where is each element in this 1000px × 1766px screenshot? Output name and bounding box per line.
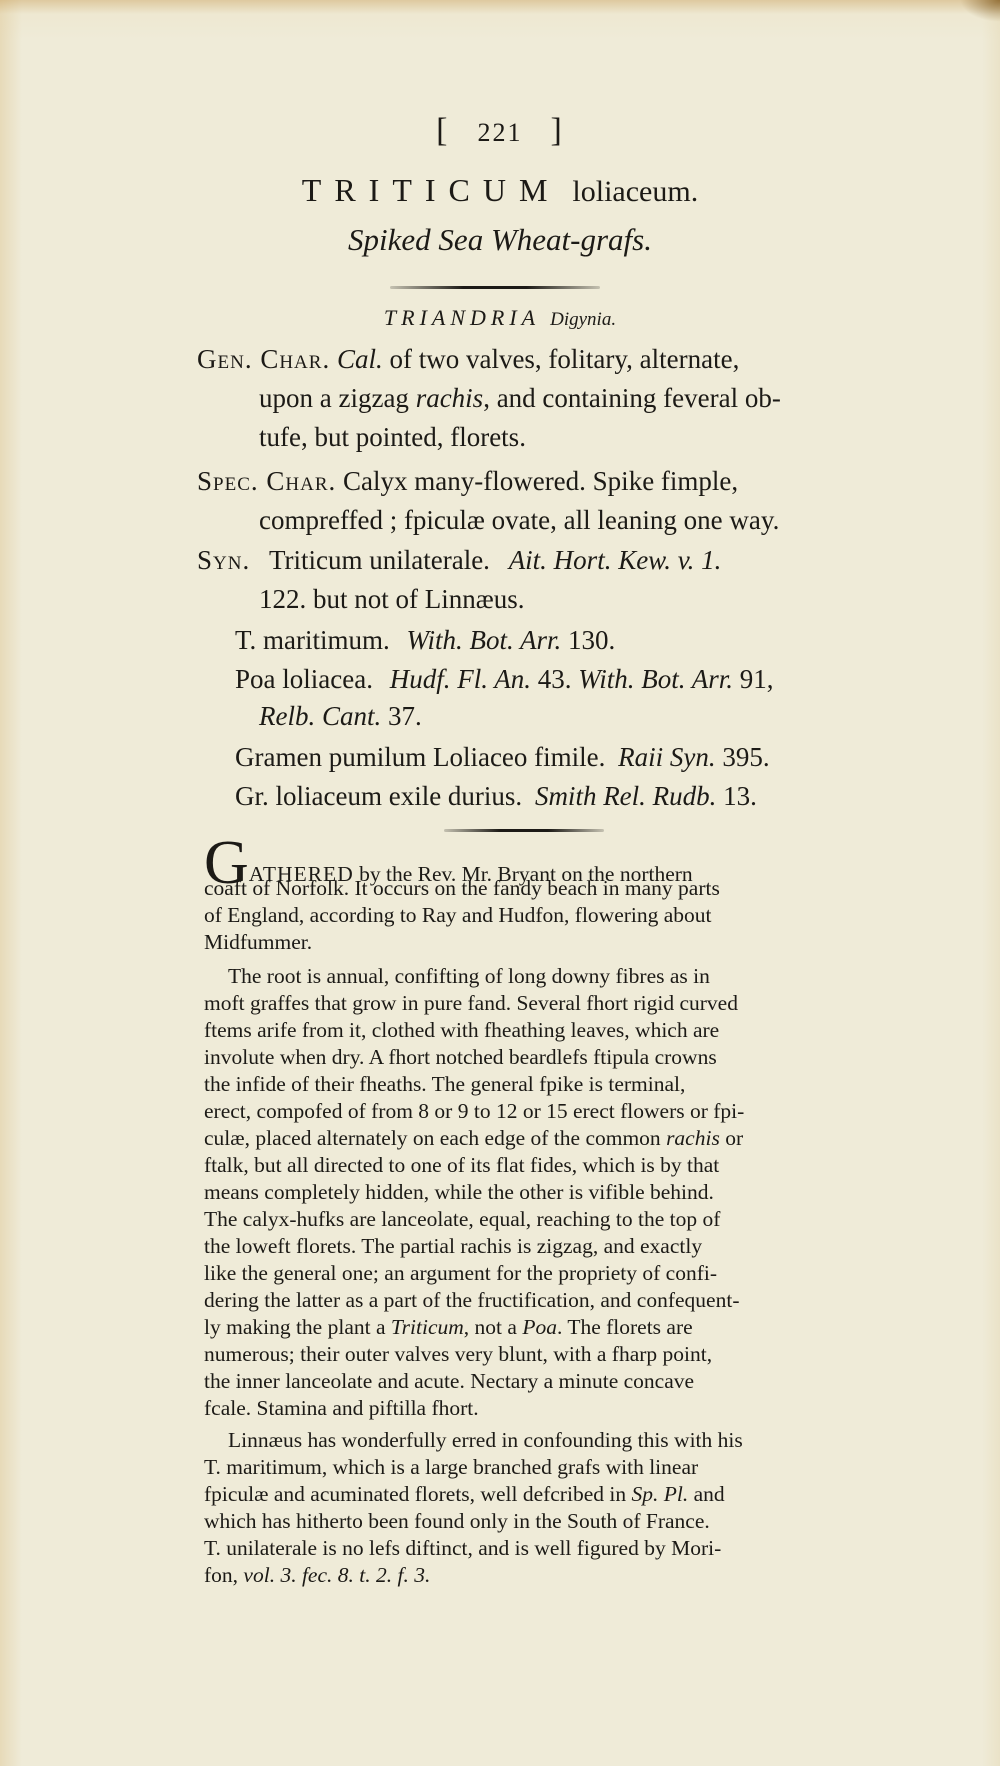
line-text: fpiculæ and acuminated florets, well def… [204, 1482, 631, 1506]
synonym-reference: Raii Syn. [618, 742, 715, 772]
common-name: Spiked Sea Wheat-grafs. [0, 222, 1000, 258]
line-text: or [720, 1126, 743, 1150]
description-line: involute when dry. A fhort notched beard… [204, 1044, 717, 1070]
gen-char-text: upon a zigzag [259, 383, 416, 413]
line-text: culæ, placed alternately on each edge of… [204, 1126, 666, 1150]
species-title: TRITICUM loliaceum. [0, 172, 1000, 209]
page-number: [221] [0, 112, 1000, 150]
italic-term: rachis [666, 1126, 720, 1150]
gen-char-line-3: tufe, but pointed, florets. [259, 418, 526, 457]
synonym-1-cont: 122. but not of Linnæus. [259, 580, 525, 619]
bracket-open: [ [436, 112, 449, 149]
gen-char-italic: Cal. [337, 344, 383, 374]
description-line: of England, according to Ray and Hudfon,… [204, 902, 712, 928]
description-line: moft graffes that grow in pure fand. Sev… [204, 990, 738, 1016]
spec-char-line-2: compreffed ; fpiculæ ovate, all leaning … [259, 501, 779, 540]
synonym-page: 395. [722, 742, 769, 772]
synonym-page: 43. [538, 664, 572, 694]
synonym-name: Gr. loliaceum exile durius. [235, 781, 522, 811]
synonym-name: T. maritimum. [235, 625, 390, 655]
synonym-reference: Smith Rel. Rudb. [535, 781, 716, 811]
description-line: means completely hidden, while the other… [204, 1179, 714, 1205]
synonym-reference: Hudf. Fl. An. [390, 664, 531, 694]
description-line: ftems arife from it, clothed with fheath… [204, 1017, 719, 1043]
gen-char-text: of two valves, folitary, alternate, [383, 344, 740, 374]
synonym-4: Gramen pumilum Loliaceo fimile. Raii Syn… [235, 738, 770, 777]
ornamental-divider [390, 286, 600, 289]
synonym-reference: With. Bot. Arr. [578, 664, 733, 694]
description-line: culæ, placed alternately on each edge of… [204, 1125, 743, 1151]
description-line: the loweft florets. The partial rachis i… [204, 1233, 702, 1259]
linnaean-classification: TRIANDRIADigynia. [0, 305, 1000, 331]
ornamental-divider [444, 829, 604, 832]
syn-label: Syn. [197, 545, 250, 575]
synonym-3: Poa loliacea. Hudf. Fl. An. 43. With. Bo… [235, 660, 773, 699]
genus-name: TRITICUM [302, 172, 561, 208]
bracket-close: ] [551, 112, 564, 149]
spec-char-line-1: Spec. Char. Calyx many-flowered. Spike f… [197, 462, 738, 501]
description-line: erect, compofed of from 8 or 9 to 12 or … [204, 1098, 744, 1124]
synonym-3-cont: Relb. Cant. 37. [259, 697, 422, 736]
synonym-page: 37. [388, 701, 422, 731]
description-line: The root is annual, confifting of long d… [228, 963, 710, 989]
description-line: numerous; their outer valves very blunt,… [204, 1341, 712, 1367]
synonym-reference: Relb. Cant. [259, 701, 381, 731]
description-line: T. unilaterale is no lefs diftinct, and … [204, 1535, 721, 1561]
order-name: Digynia. [550, 309, 616, 330]
description-line: Midfummer. [204, 929, 312, 955]
synonym-page: 130. [568, 625, 615, 655]
description-line: the inner lanceolate and acute. Nectary … [204, 1368, 694, 1394]
description-line: ftalk, but all directed to one of its fl… [204, 1152, 719, 1178]
page-number-value: 221 [478, 118, 523, 147]
italic-term: Poa [522, 1315, 557, 1339]
spec-char-text: Calyx many-flowered. Spike fimple, [343, 466, 738, 496]
gen-char-label: Gen. Char. [197, 344, 330, 374]
description-line: which has hitherto been found only in th… [204, 1508, 710, 1534]
synonym-reference: With. Bot. Arr. [406, 625, 561, 655]
gen-char-line-2: upon a zigzag rachis, and containing fev… [259, 379, 781, 418]
line-text: fon, [204, 1563, 243, 1587]
description-line: ly making the plant a Triticum, not a Po… [204, 1314, 693, 1340]
spec-char-label: Spec. Char. [197, 466, 336, 496]
synonym-2: T. maritimum. With. Bot. Arr. 130. [235, 621, 615, 660]
italic-term: Triticum [391, 1315, 464, 1339]
italic-term: Sp. Pl. [631, 1482, 688, 1506]
class-name: TRIANDRIA [384, 305, 540, 330]
synonym-page: 13. [723, 781, 757, 811]
line-text: , not a [464, 1315, 523, 1339]
description-line: like the general one; an argument for th… [204, 1260, 717, 1286]
description-line: Linnæus has wonderfully erred in confoun… [228, 1427, 743, 1453]
gen-char-italic: rachis [416, 383, 484, 413]
line-text: ly making the plant a [204, 1315, 391, 1339]
gen-char-line-1: Gen. Char. Cal. of two valves, folitary,… [197, 340, 739, 379]
description-line: The calyx-hufks are lanceolate, equal, r… [204, 1206, 720, 1232]
description-line: fcale. Stamina and piftilla fhort. [204, 1395, 479, 1421]
synonym-1: Syn. Triticum unilaterale. Ait. Hort. Ke… [197, 541, 721, 580]
line-text: and [688, 1482, 724, 1506]
synonym-page: 91, [740, 664, 774, 694]
description-line: dering the latter as a part of the fruct… [204, 1287, 739, 1313]
description-line: T. maritimum, which is a large branched … [204, 1454, 698, 1480]
synonym-name: Triticum unilaterale. [269, 545, 490, 575]
description-line: fpiculæ and acuminated florets, well def… [204, 1481, 725, 1507]
synonym-name: Poa loliacea. [235, 664, 373, 694]
synonym-5: Gr. loliaceum exile durius. Smith Rel. R… [235, 777, 757, 816]
description-line: the infide of their fheaths. The general… [204, 1071, 685, 1097]
species-epithet: loliaceum. [572, 175, 698, 208]
description-line: coaft of Norfolk. It occurs on the fandy… [204, 875, 720, 901]
line-text: . The florets are [557, 1315, 693, 1339]
description-line: fon, vol. 3. fec. 8. t. 2. f. 3. [204, 1562, 430, 1588]
page-corner-stain [960, 0, 1000, 22]
synonym-name: Gramen pumilum Loliaceo fimile. [235, 742, 605, 772]
synonym-reference: Ait. Hort. Kew. v. 1. [509, 545, 722, 575]
italic-reference: vol. 3. fec. 8. t. 2. f. 3. [243, 1563, 430, 1587]
book-page: [221] TRITICUM loliaceum. Spiked Sea Whe… [0, 0, 1000, 1766]
gen-char-text: , and containing feveral ob- [483, 383, 781, 413]
